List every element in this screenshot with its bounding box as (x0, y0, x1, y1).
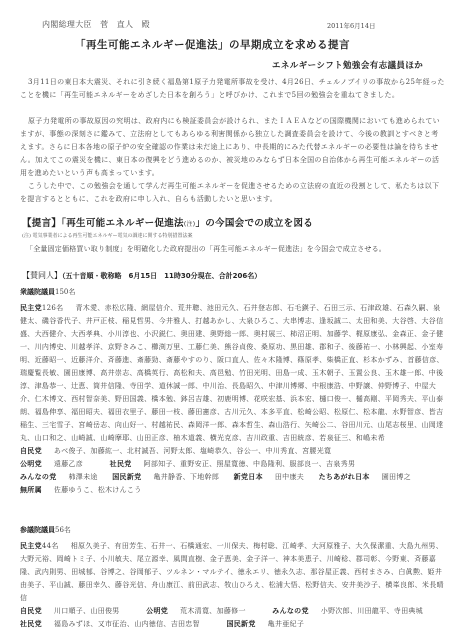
party-label: 自民党 (20, 607, 42, 615)
party-label: 公明党 (20, 460, 42, 468)
party-label: 国民新党 (112, 473, 141, 481)
party-members: 阿部知子、重野安正、照屋寛徳、中島隆利、服部良一、吉泉秀男 (144, 460, 356, 468)
party-label: みんなの党 (272, 607, 309, 615)
party-label: 民主党 (20, 304, 42, 312)
party-label: 国民新党 (226, 620, 255, 628)
party-members: 田中康夫 (275, 473, 304, 481)
party-members: あべ俊子、加藤紘一、北村誠吾、河野太郎、塩崎恭久、谷公一、中川秀直、宮腰光寛 (54, 447, 331, 455)
party-label: 新党日本 (234, 473, 263, 481)
intro-paragraph-3: こうした中で、この勉強会を通して学んだ再生可能エネルギーを促進させるための立法府… (20, 180, 445, 206)
lower-house-count: 150名 (55, 288, 75, 296)
document-date: 2011年6月14日 (327, 21, 375, 30)
upper-house-label: 参議院議員 (20, 526, 55, 534)
document-title: 「再生可能エネルギー促進法」の早期成立を求める提言 (75, 37, 350, 52)
supporters-title: 【賛同人】 (22, 271, 62, 280)
party-members: 相原久美子、有田芳生、石井一、石橋通宏、一川保夫、梅村聡、江崎孝、大河原雅子、大… (20, 542, 444, 602)
lower-house-heading: 衆議院議員150名 (20, 287, 75, 297)
supporters-heading: 【賛同人】（五十音順・敬称略 6月15日 11時30分現在、合計206名） (22, 270, 261, 281)
proposal-body: 「全量固定価格買い取り制度」を明確化した政府提出の「再生可能エネルギー促進法」を… (26, 244, 386, 254)
proposal-heading-prefix: 【提言】「再生可能エネルギー促進法 (22, 218, 184, 229)
party-members: 亀井亜紀子 (268, 620, 305, 628)
party-members: 亀井静香、下地幹郎 (153, 473, 219, 481)
party-label: 社民党 (110, 460, 132, 468)
party-label: 無所属 (20, 486, 42, 494)
party-members: 柿澤未途 (69, 473, 98, 481)
party-label: 社民党 (20, 620, 42, 628)
party-label: 自民党 (20, 447, 42, 455)
party-count: 44名 (42, 542, 59, 550)
proposal-note: (注) 電気事業者による再生可能エネルギー電気の調達に関する特別措置法案 (22, 232, 193, 239)
party-members: 荒木清寛、加藤修一 (180, 607, 246, 615)
supporters-subheading: （五十音順・敬称略 6月15日 11時30分現在、合計206名） (62, 272, 261, 280)
party-members: 青木愛、赤松広隆、網屋信介、荒井聰、池田元久、石井登志郎、石毛鍈子、石田三示、石… (20, 304, 444, 442)
intro-paragraph-2: 原子力発電所の事故原因の究明は、政府内にも検証委員会が設けられ、またＩＡＥＡなど… (20, 115, 445, 180)
party-label: みんなの党 (20, 473, 57, 481)
party-label: 民主党 (20, 542, 42, 550)
party-label: たちあがれ日本 (319, 473, 370, 481)
lower-house-label: 衆議院議員 (20, 288, 55, 296)
proposal-note-mark: (注) (184, 221, 196, 228)
party-label: 公明党 (146, 607, 168, 615)
lower-house-member-list: 民主党126名青木愛、赤松広隆、網屋信介、荒井聰、池田元久、石井登志郎、石毛鍈子… (20, 302, 445, 497)
party-members: 遠藤乙彦 (54, 460, 83, 468)
party-members: 福島みずほ、又市征治、山内徳信、吉田忠智 (54, 620, 200, 628)
proposal-heading-suffix: 」の今国会での成立を図る (195, 218, 313, 229)
party-members: 園田博之 (382, 473, 411, 481)
party-members: 川口順子、山田俊男 (54, 607, 120, 615)
document-page: 内閣総理大臣 菅 直人 殿 2011年6月14日 「再生可能エネルギー促進法」の… (0, 0, 461, 641)
party-members: 佐藤ゆうこ、松木けんこう (54, 486, 142, 494)
upper-house-heading: 参議院議員56名 (20, 525, 71, 535)
party-members: 小野次郎、川田龍平、寺田典城 (321, 607, 423, 615)
party-count: 126名 (42, 304, 64, 312)
upper-house-count: 56名 (55, 526, 71, 534)
proposal-heading: 【提言】「再生可能エネルギー促進法(注)」の今国会での成立を図る (22, 215, 313, 229)
upper-house-member-list: 民主党44名相原久美子、有田芳生、石井一、石橋通宏、一川保夫、梅村聡、江崎孝、大… (20, 540, 445, 631)
document-author: エネルギーシフト勉強会有志議員ほか (272, 59, 423, 71)
addressee: 内閣総理大臣 菅 直人 殿 (42, 19, 150, 30)
intro-paragraph-1: 3月11日の東日本大震災、それに引き続く福島第1原子力発電所事故を受け、4月26… (20, 76, 445, 102)
